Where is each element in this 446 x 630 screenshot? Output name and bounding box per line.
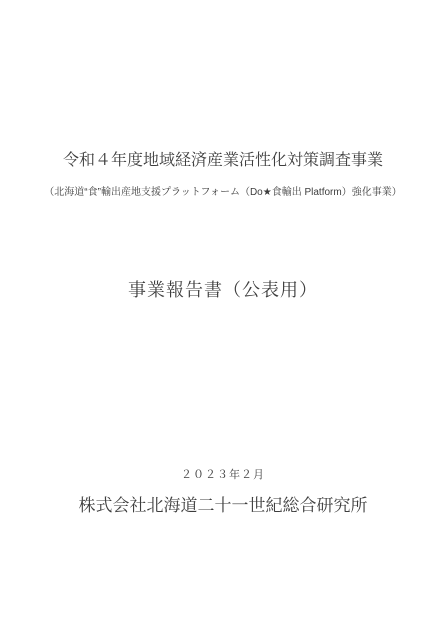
publication-date: ２０２３年２月 [0, 468, 446, 482]
report-cover-page: 令和４年度地域経済産業活性化対策調査事業 （北海道“食”輸出産地支援プラットフォ… [0, 0, 446, 630]
report-main-title: 令和４年度地域経済産業活性化対策調査事業 [0, 151, 446, 171]
document-title: 事業報告書（公表用） [0, 279, 446, 301]
report-subtitle: （北海道“食”輸出産地支援プラットフォーム（Do★食輸出 Platform）強化… [0, 186, 446, 199]
company-name: 株式会社北海道二十一世紀総合研究所 [0, 495, 446, 517]
